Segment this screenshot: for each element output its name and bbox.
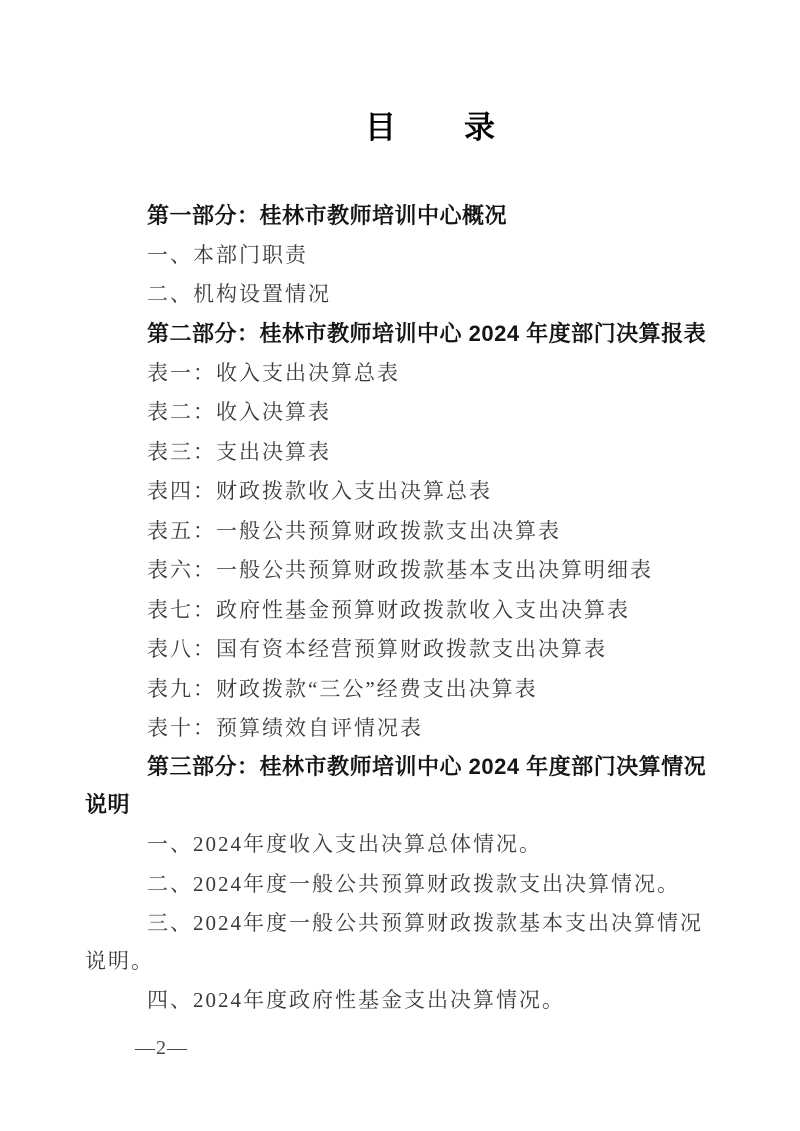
toc-item: 表五：一般公共预算财政拨款支出决算表 bbox=[85, 512, 717, 552]
toc-section-1-heading: 第一部分：桂林市教师培训中心概况 bbox=[85, 196, 717, 236]
toc-item: 一、2024年度收入支出决算总体情况。 bbox=[85, 824, 717, 864]
toc-item: 表六：一般公共预算财政拨款基本支出决算明细表 bbox=[85, 551, 717, 591]
page-title: 目 录 bbox=[85, 107, 717, 149]
toc-section-2: 第二部分：桂林市教师培训中心 2024 年度部门决算报表 表一：收入支出决算总表… bbox=[85, 314, 717, 749]
toc-section-3-heading: 第三部分：桂林市教师培训中心 2024 年度部门决算情况说明 bbox=[85, 748, 717, 824]
toc-item: 表八：国有资本经营预算财政拨款支出决算表 bbox=[85, 630, 717, 670]
toc-item: 表一：收入支出决算总表 bbox=[85, 354, 717, 394]
toc-item: 一、本部门职责 bbox=[85, 236, 717, 276]
toc-item: 表四：财政拨款收入支出决算总表 bbox=[85, 472, 717, 512]
toc-item: 四、2024年度政府性基金支出决算情况。 bbox=[85, 980, 717, 1020]
toc-item: 表十：预算绩效自评情况表 bbox=[85, 709, 717, 749]
toc-item: 二、2024年度一般公共预算财政拨款支出决算情况。 bbox=[85, 864, 717, 904]
toc-item: 表七：政府性基金预算财政拨款收入支出决算表 bbox=[85, 591, 717, 631]
toc-item: 表九：财政拨款“三公”经费支出决算表 bbox=[85, 670, 717, 710]
toc-section-2-heading: 第二部分：桂林市教师培训中心 2024 年度部门决算报表 bbox=[85, 314, 717, 354]
document-page: 目 录 第一部分：桂林市教师培训中心概况 一、本部门职责 二、机构设置情况 第二… bbox=[0, 0, 800, 1131]
page-number: —2— bbox=[135, 1036, 188, 1060]
toc-item: 表二：收入决算表 bbox=[85, 393, 717, 433]
toc-section-1: 第一部分：桂林市教师培训中心概况 一、本部门职责 二、机构设置情况 bbox=[85, 196, 717, 315]
toc-item: 三、2024年度一般公共预算财政拨款基本支出决算情况说明。 bbox=[85, 904, 717, 980]
toc-item: 二、机构设置情况 bbox=[85, 275, 717, 315]
toc-section-3: 第三部分：桂林市教师培训中心 2024 年度部门决算情况说明 一、2024年度收… bbox=[85, 748, 717, 1020]
page-title-text: 目 录 bbox=[365, 110, 497, 145]
toc-item: 表三：支出决算表 bbox=[85, 433, 717, 473]
